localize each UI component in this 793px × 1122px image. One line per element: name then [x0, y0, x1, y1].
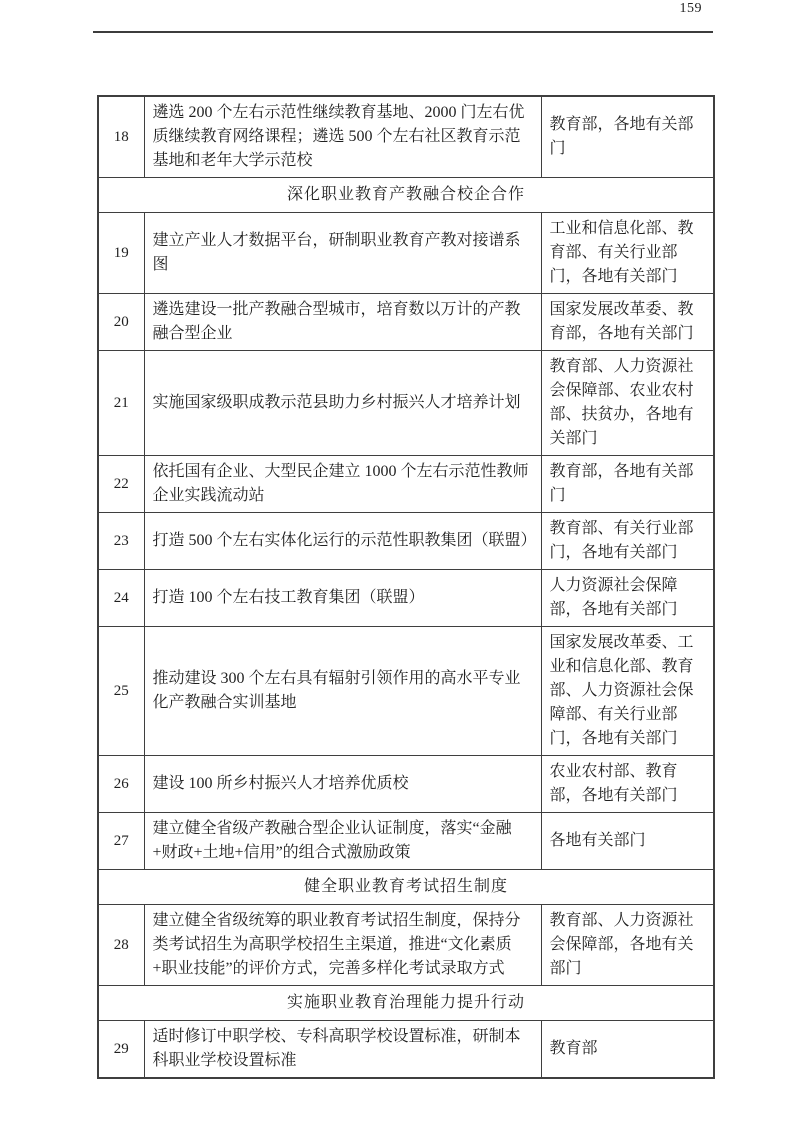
- task-text: 建立健全省级产教融合型企业认证制度，落实“金融+财政+土地+信用”的组合式激励政…: [144, 813, 541, 870]
- section-row: 健全职业教育考试招生制度: [98, 870, 714, 905]
- table-row: 24打造 100 个左右技工教育集团（联盟）人力资源社会保障部，各地有关部门: [98, 570, 714, 627]
- header-rule-divider: [93, 31, 713, 33]
- task-text: 建设 100 所乡村振兴人才培养优质校: [144, 756, 541, 813]
- table-row: 26建设 100 所乡村振兴人才培养优质校农业农村部、教育部，各地有关部门: [98, 756, 714, 813]
- task-text: 建立健全省级统筹的职业教育考试招生制度，保持分类考试招生为高职学校招生主渠道，推…: [144, 905, 541, 986]
- row-number: 20: [98, 294, 144, 351]
- row-number: 29: [98, 1021, 144, 1079]
- task-text: 遴选建设一批产教融合型城市，培育数以万计的产教融合型企业: [144, 294, 541, 351]
- table-row: 21实施国家级职成教示范县助力乡村振兴人才培养计划教育部、人力资源社会保障部、农…: [98, 351, 714, 456]
- row-number: 19: [98, 213, 144, 294]
- department-text: 教育部、有关行业部门，各地有关部门: [541, 513, 714, 570]
- department-text: 人力资源社会保障部，各地有关部门: [541, 570, 714, 627]
- table-row: 18遴选 200 个左右示范性继续教育基地、2000 门左右优质继续教育网络课程…: [98, 96, 714, 178]
- section-row: 深化职业教育产教融合校企合作: [98, 178, 714, 213]
- task-text: 适时修订中职学校、专科高职学校设置标准，研制本科职业学校设置标准: [144, 1021, 541, 1079]
- department-text: 教育部、人力资源社会保障部、农业农村部、扶贫办，各地有关部门: [541, 351, 714, 456]
- department-text: 教育部，各地有关部门: [541, 456, 714, 513]
- table-row: 25推动建设 300 个左右具有辐射引领作用的高水平专业化产教融合实训基地国家发…: [98, 627, 714, 756]
- row-number: 25: [98, 627, 144, 756]
- department-text: 教育部，各地有关部门: [541, 96, 714, 178]
- row-number: 26: [98, 756, 144, 813]
- task-text: 推动建设 300 个左右具有辐射引领作用的高水平专业化产教融合实训基地: [144, 627, 541, 756]
- table-row: 28建立健全省级统筹的职业教育考试招生制度，保持分类考试招生为高职学校招生主渠道…: [98, 905, 714, 986]
- department-text: 教育部: [541, 1021, 714, 1079]
- department-text: 国家发展改革委、工业和信息化部、教育部、人力资源社会保障部、有关行业部门，各地有…: [541, 627, 714, 756]
- row-number: 24: [98, 570, 144, 627]
- department-text: 工业和信息化部、教育部、有关行业部门，各地有关部门: [541, 213, 714, 294]
- department-text: 教育部、人力资源社会保障部，各地有关部门: [541, 905, 714, 986]
- row-number: 28: [98, 905, 144, 986]
- section-title: 健全职业教育考试招生制度: [98, 870, 714, 905]
- section-title: 深化职业教育产教融合校企合作: [98, 178, 714, 213]
- table-row: 20遴选建设一批产教融合型城市，培育数以万计的产教融合型企业国家发展改革委、教育…: [98, 294, 714, 351]
- department-text: 农业农村部、教育部，各地有关部门: [541, 756, 714, 813]
- table-row: 23打造 500 个左右实体化运行的示范性职教集团（联盟）教育部、有关行业部门，…: [98, 513, 714, 570]
- task-text: 打造 100 个左右技工教育集团（联盟）: [144, 570, 541, 627]
- task-text: 遴选 200 个左右示范性继续教育基地、2000 门左右优质继续教育网络课程；遴…: [144, 96, 541, 178]
- section-row: 实施职业教育治理能力提升行动: [98, 986, 714, 1021]
- task-table-body: 18遴选 200 个左右示范性继续教育基地、2000 门左右优质继续教育网络课程…: [98, 96, 714, 1078]
- row-number: 23: [98, 513, 144, 570]
- table-row: 22依托国有企业、大型民企建立 1000 个左右示范性教师企业实践流动站教育部，…: [98, 456, 714, 513]
- row-number: 21: [98, 351, 144, 456]
- row-number: 18: [98, 96, 144, 178]
- task-text: 建立产业人才数据平台，研制职业教育产教对接谱系图: [144, 213, 541, 294]
- task-text: 打造 500 个左右实体化运行的示范性职教集团（联盟）: [144, 513, 541, 570]
- table-row: 29适时修订中职学校、专科高职学校设置标准，研制本科职业学校设置标准教育部: [98, 1021, 714, 1079]
- page-number: 159: [680, 1, 703, 17]
- document-page: 159 18遴选 200 个左右示范性继续教育基地、2000 门左右优质继续教育…: [0, 0, 793, 1122]
- table-row: 27建立健全省级产教融合型企业认证制度，落实“金融+财政+土地+信用”的组合式激…: [98, 813, 714, 870]
- section-title: 实施职业教育治理能力提升行动: [98, 986, 714, 1021]
- department-text: 各地有关部门: [541, 813, 714, 870]
- task-text: 实施国家级职成教示范县助力乡村振兴人才培养计划: [144, 351, 541, 456]
- task-table: 18遴选 200 个左右示范性继续教育基地、2000 门左右优质继续教育网络课程…: [97, 95, 715, 1079]
- department-text: 国家发展改革委、教育部，各地有关部门: [541, 294, 714, 351]
- row-number: 22: [98, 456, 144, 513]
- task-text: 依托国有企业、大型民企建立 1000 个左右示范性教师企业实践流动站: [144, 456, 541, 513]
- row-number: 27: [98, 813, 144, 870]
- table-row: 19建立产业人才数据平台，研制职业教育产教对接谱系图工业和信息化部、教育部、有关…: [98, 213, 714, 294]
